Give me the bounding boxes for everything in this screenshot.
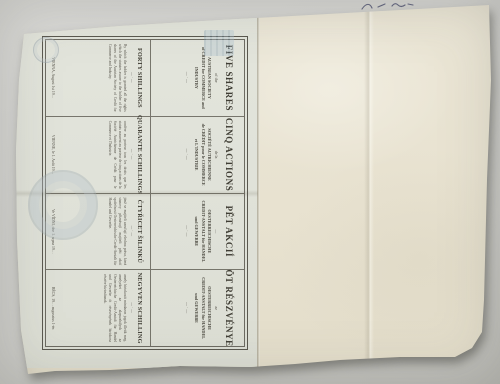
section-divider-rule <box>150 270 151 346</box>
divider-ornament: —·— <box>130 72 134 83</box>
place-date-line: VIENNA, August 1st 19… <box>51 57 55 98</box>
of-line: — <box>214 229 219 233</box>
divider-ornament: —·— <box>185 72 190 84</box>
paper-shadow: FIVE SHARES of the AUSTRIAN SOCIETY of C… <box>0 0 500 384</box>
divider-ornament: —·— <box>130 149 134 160</box>
denomination-value: NEGYVEN SCHILLING <box>136 273 143 344</box>
section-divider-rule <box>150 40 151 116</box>
place-date-line: BÉCS, 19… augusztus 1-én <box>51 287 55 330</box>
share-count-title: ÖT RÉSZVÉNYE <box>224 269 234 346</box>
of-line: of the <box>214 73 219 82</box>
denomination-value: QUARANTE SCHILLINGS <box>136 115 143 194</box>
fold-crease-vertical <box>364 8 374 364</box>
legal-text: By which the holder is granted all the r… <box>107 44 127 112</box>
ink-squiggle-marks <box>358 0 418 14</box>
company-name: OESTERREICHISCHE CREDIT-ANSTALT für HAND… <box>193 200 212 262</box>
divider-ornament: —·— <box>130 226 134 237</box>
share-count-title: CINQ ACTIONS <box>224 118 234 191</box>
denomination-value: FORTY SHILLINGS <box>136 48 143 108</box>
photograph-of-certificate: FIVE SHARES of the AUSTRIAN SOCIETY of C… <box>0 0 500 384</box>
company-name: AUSTRIAN SOCIETY of CREDIT for COMMERCE … <box>193 47 212 109</box>
company-name: OESTERREICHISCHE CREDIT-ANSTALT für HAND… <box>193 277 212 339</box>
cert-column-hungarian: ÖT RÉSZVÉNYE az OESTERREICHISCHE CREDIT-… <box>46 269 244 346</box>
denomination-value: ČTYŘICET ŠILINKŮ <box>136 200 143 263</box>
legal-text: confère au porteur tous les droits que l… <box>107 121 127 189</box>
of-line: de la <box>214 151 219 159</box>
section-divider-rule <box>150 194 151 270</box>
revenue-stamp-mark <box>204 30 234 56</box>
divider-ornament: —·— <box>185 148 190 160</box>
divider-ornament: —·— <box>130 302 134 313</box>
certificate-paper: FIVE SHARES of the AUSTRIAN SOCIETY of C… <box>0 0 500 384</box>
of-line: az <box>214 306 219 310</box>
legal-text: jímž se majiteli zaručují všechna práva,… <box>107 198 127 266</box>
company-name: SOCIÉTÉ AUTRICHIENNE de CRÉDIT pour le C… <box>193 124 212 186</box>
embossed-seal-large <box>28 170 98 240</box>
divider-ornament: —·— <box>185 302 190 314</box>
embossed-seal-small <box>33 37 59 63</box>
divider-ornament: —·— <box>185 225 190 237</box>
legal-text: amely birtokosát mindazon jogok illetik … <box>102 274 127 342</box>
section-divider-rule <box>150 117 151 193</box>
place-date-line: VIENNE, le 1. Août 19… <box>51 135 55 174</box>
share-count-title: PĚT AKCIÍ <box>224 206 234 258</box>
